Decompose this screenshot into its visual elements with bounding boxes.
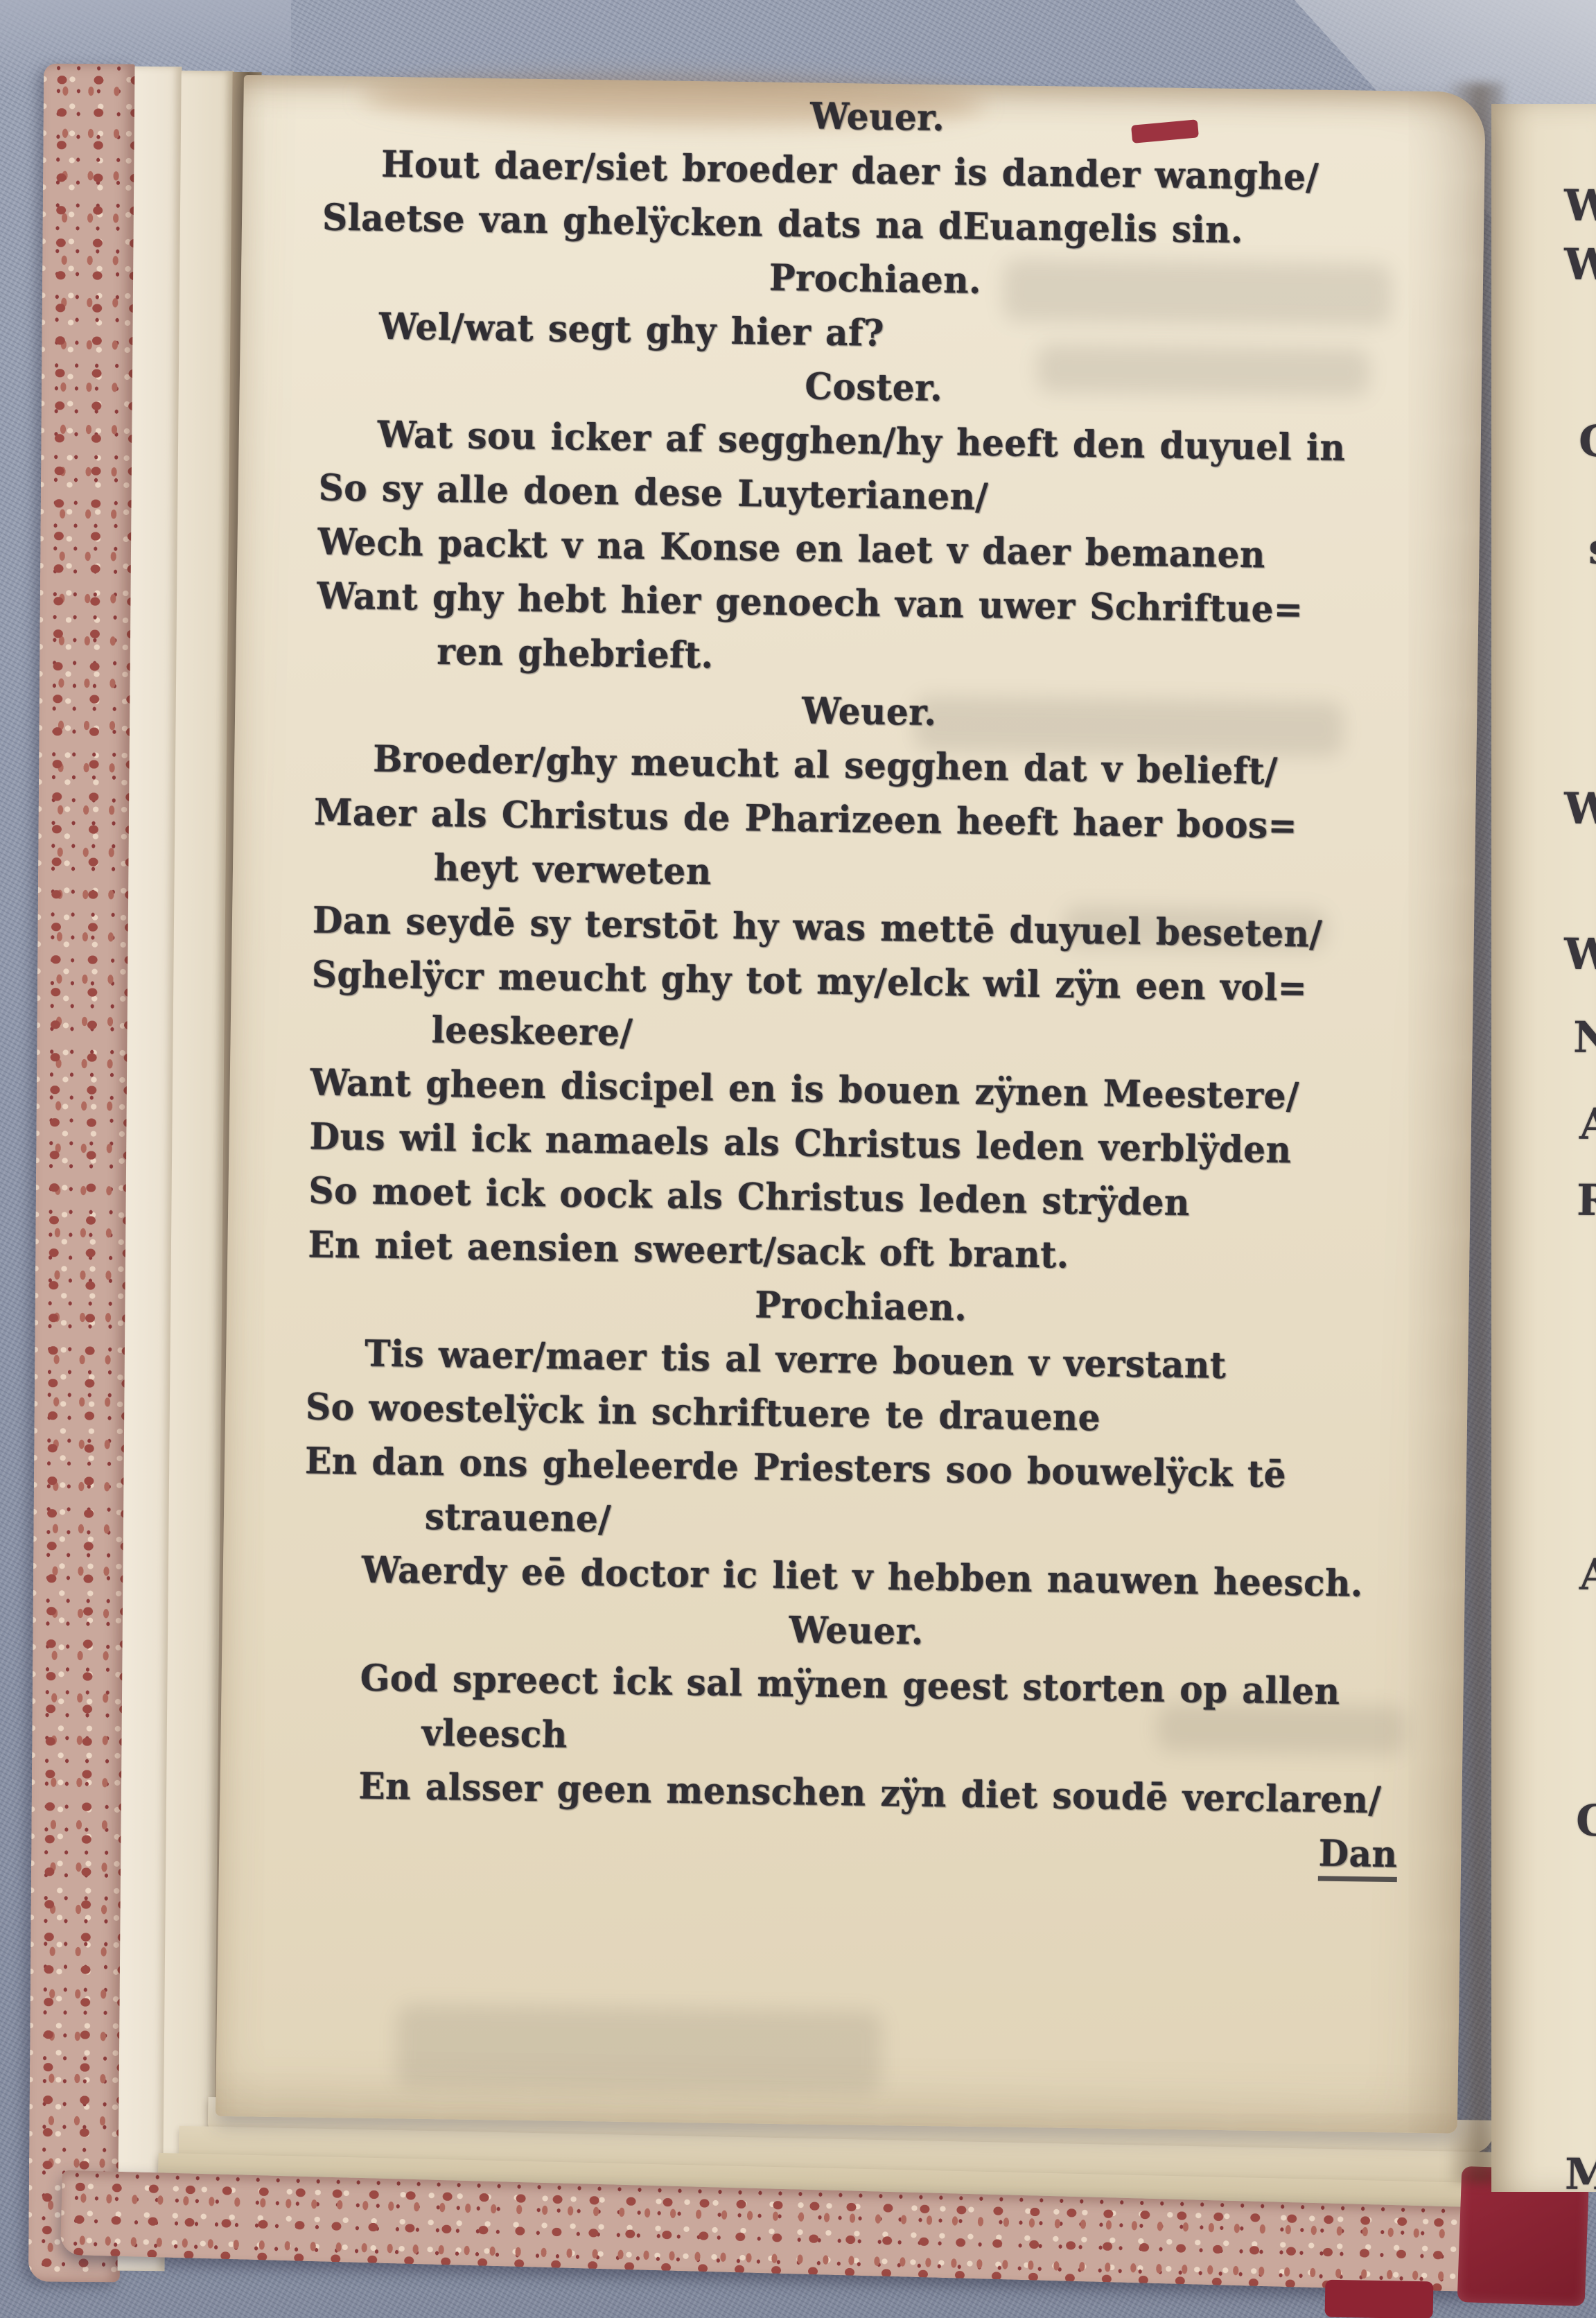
edge-text-fragment: G <box>1576 1795 1596 1846</box>
marbled-cover-edge-left <box>28 64 135 2283</box>
edge-text-fragment: W <box>1564 239 1596 290</box>
facing-page-edge: WWCsWWNARAGM <box>1491 104 1596 2192</box>
edge-text-fragment: N <box>1573 1012 1596 1063</box>
crimson-leather-patch <box>1325 2280 1434 2318</box>
edge-text-fragment: A <box>1579 1099 1596 1149</box>
edge-text-fragment: s <box>1588 523 1596 574</box>
edge-text-fragment: R <box>1577 1175 1596 1226</box>
book-page: Weuer.Hout daer/siet broeder daer is dan… <box>216 75 1486 2134</box>
show-through-smudge <box>396 2004 882 2094</box>
text-block: Weuer.Hout daer/siet broeder daer is dan… <box>291 88 1440 1888</box>
photo-of-open-book: { "page": { "lines": [ {"type":"heading"… <box>0 0 1596 2318</box>
edge-text-fragment: C <box>1578 416 1596 467</box>
edge-text-fragment: W <box>1564 929 1596 980</box>
edge-text-fragment: M <box>1565 2149 1596 2192</box>
edge-text-fragment: W <box>1564 180 1596 232</box>
edge-text-fragment: A <box>1579 1549 1596 1600</box>
edge-text-fragment: W <box>1564 783 1596 835</box>
